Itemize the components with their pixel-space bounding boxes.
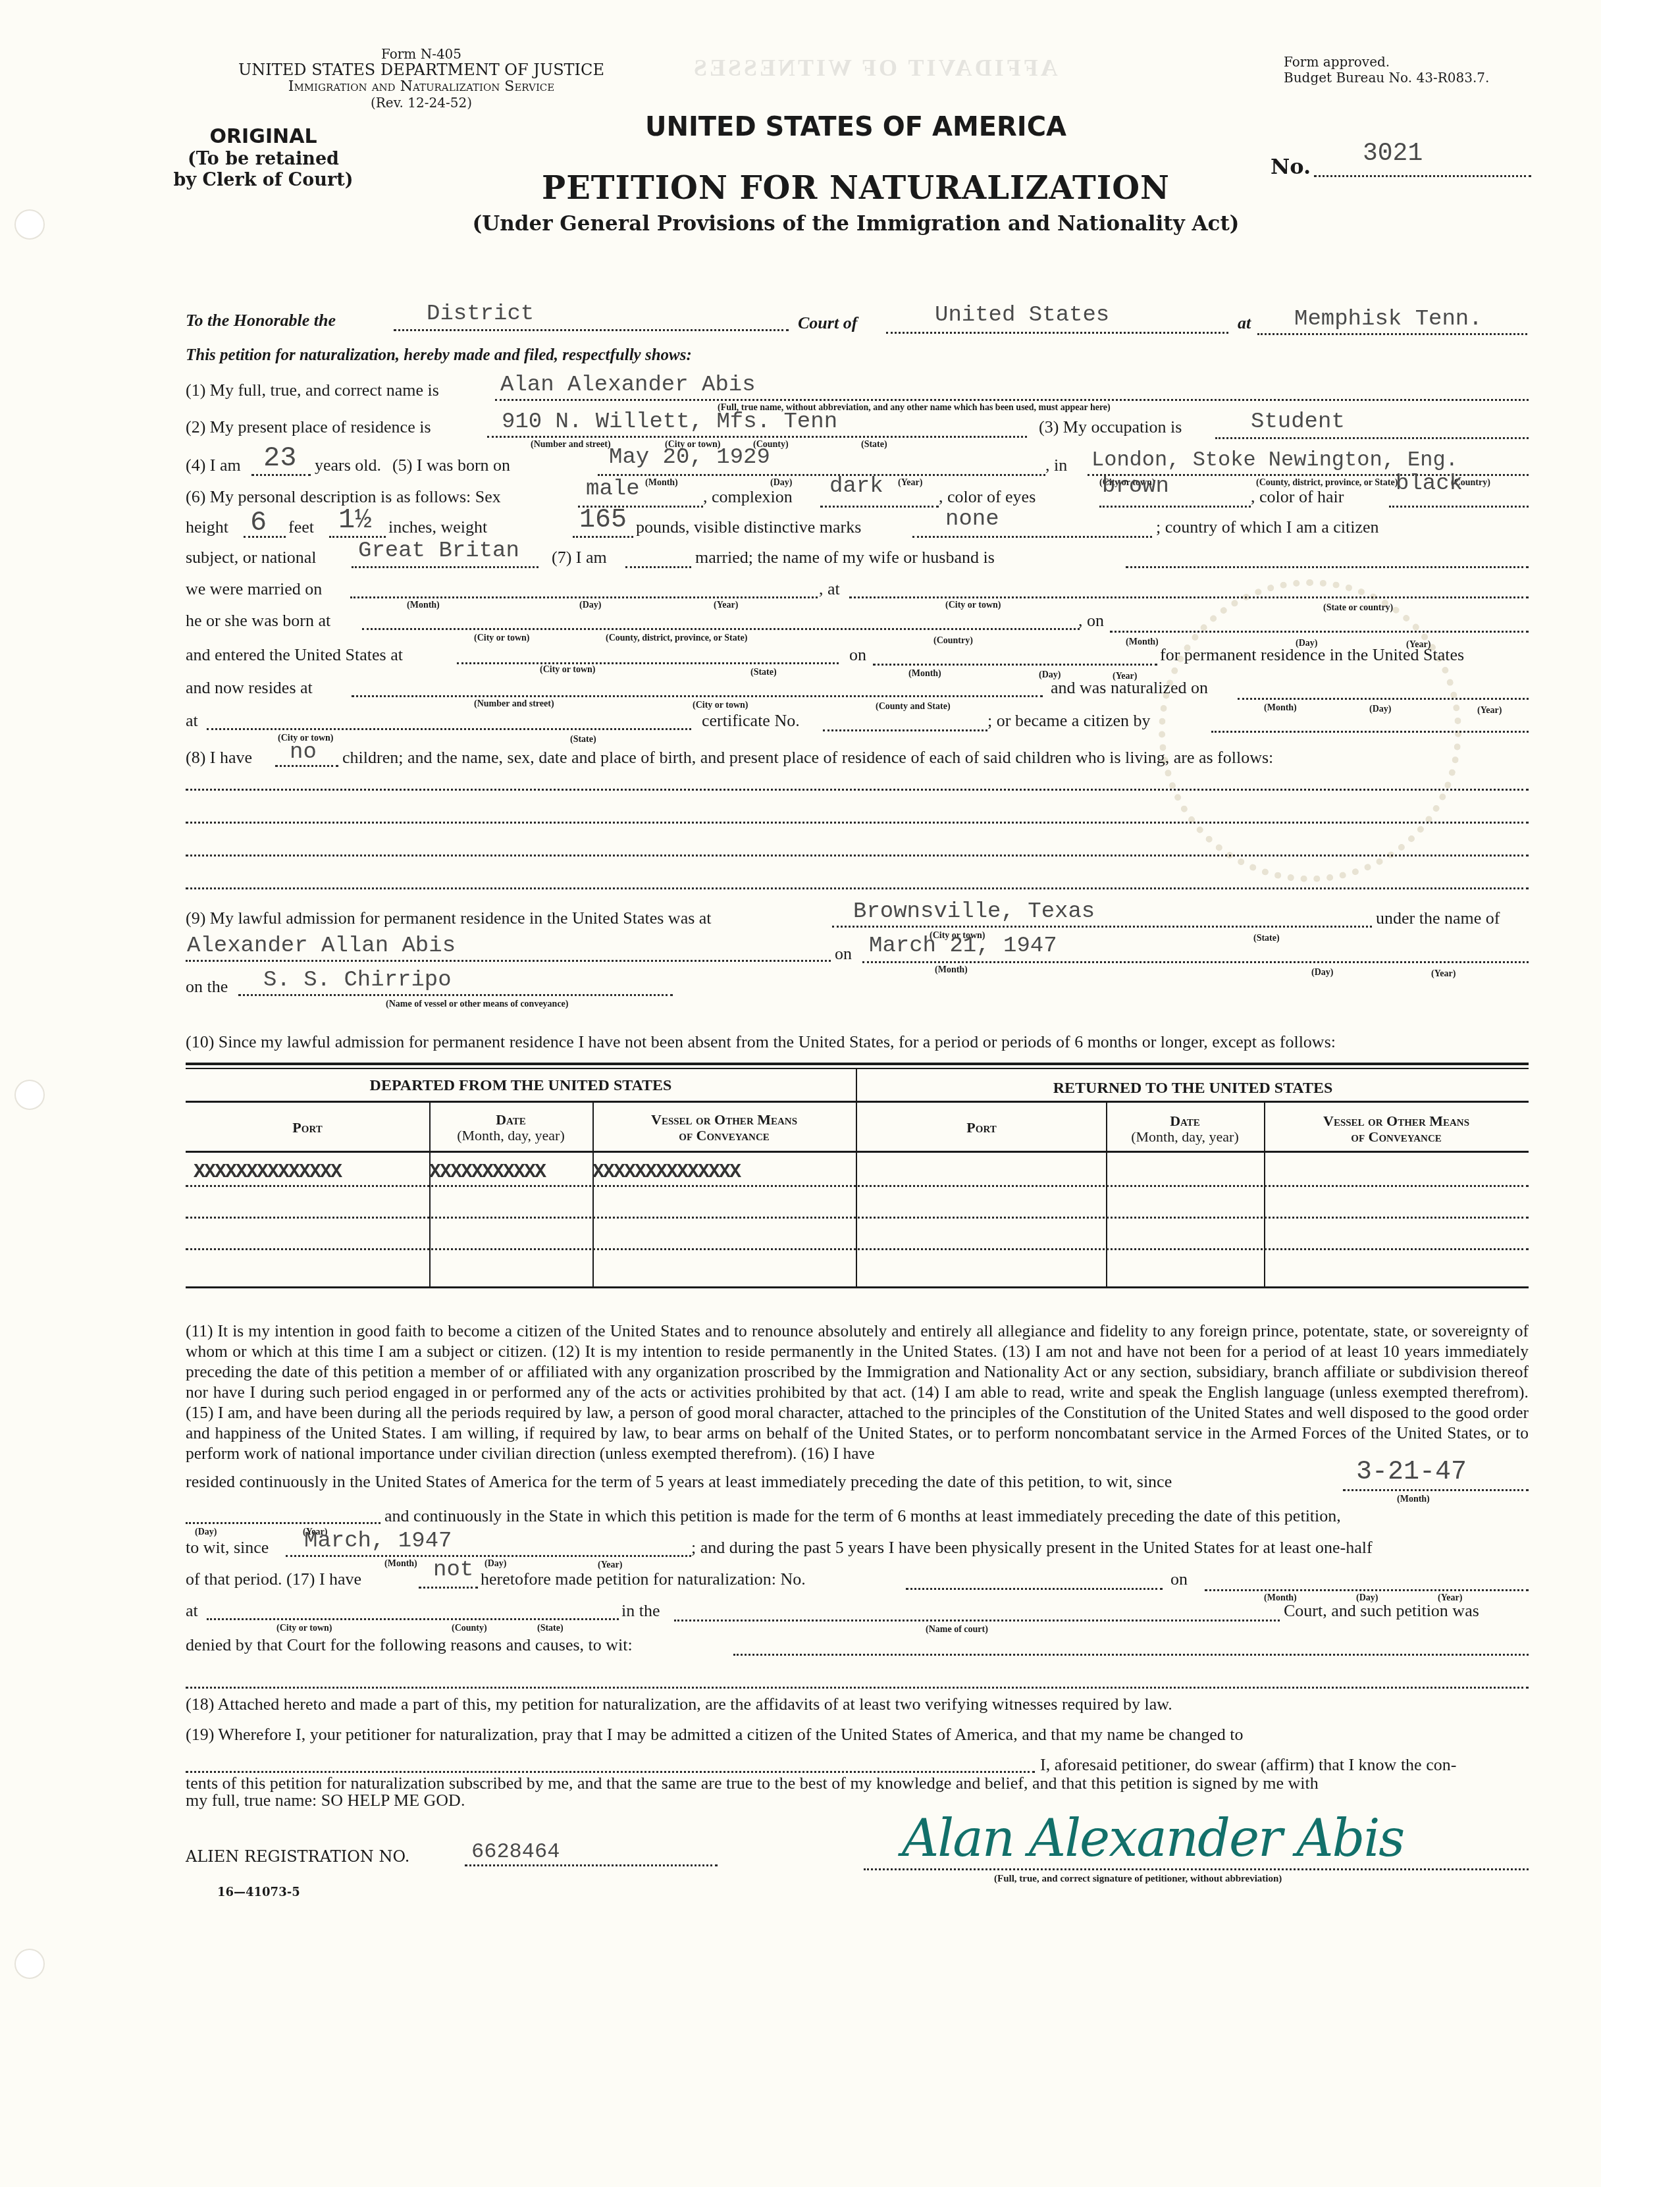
caption: (County) — [452, 1623, 487, 1634]
budget-bureau-number: Budget Bureau No. 43-R083.7. — [1284, 70, 1489, 86]
scan-margin — [1601, 0, 1680, 2187]
court-location-field[interactable]: Memphisk Tenn. — [1294, 307, 1483, 332]
punch-hole-icon — [14, 209, 45, 240]
naturalized-date-line[interactable] — [1238, 698, 1529, 700]
under-name-label: under the name of — [1376, 909, 1500, 928]
petition-number-field[interactable]: 3021 — [1363, 140, 1423, 168]
oath-closing: my full, true name: SO HELP ME GOD. — [186, 1791, 465, 1810]
caption: (County, district, province, or State) — [606, 633, 747, 644]
alien-registration-field[interactable]: 6628464 — [471, 1839, 560, 1864]
court-of-field[interactable]: United States — [935, 303, 1109, 328]
prior-petition-place-line[interactable] — [207, 1618, 619, 1620]
height-inches-field[interactable]: 1½ — [338, 504, 371, 536]
caption: (Month) — [384, 1559, 417, 1569]
birth-place-field[interactable]: London, Stoke Newington, Eng. — [1091, 448, 1458, 472]
petition-number-label: No. — [1271, 154, 1311, 179]
col-vessel: of Conveyance — [592, 1127, 856, 1144]
prior-petition-at-label: at — [186, 1601, 198, 1621]
caption: (Day) — [1369, 704, 1391, 715]
citizen-by-line[interactable] — [1211, 731, 1529, 733]
children-line[interactable] — [186, 887, 1529, 889]
occupation-field[interactable]: Student — [1251, 409, 1345, 435]
vessel-label: on the — [186, 977, 228, 997]
naturalized-on-label: and was naturalized on — [1051, 678, 1208, 698]
denied-reasons-line[interactable] — [186, 1687, 1529, 1689]
copy-label: ORIGINAL — [178, 125, 349, 148]
marks-label: pounds, visible distinctive marks — [636, 517, 861, 537]
table-top-rule — [186, 1068, 1529, 1069]
eye-color-field[interactable]: brown — [1102, 474, 1169, 499]
caption: (Month) — [1126, 637, 1159, 648]
denied-reasons-line[interactable] — [733, 1654, 1529, 1656]
form-revision: (Rev. 12-24-52) — [184, 95, 658, 111]
physical-presence-text: ; and during the past 5 years I have bee… — [691, 1538, 1373, 1558]
children-line[interactable] — [186, 789, 1529, 791]
department-name: UNITED STATES DEPARTMENT OF JUSTICE — [184, 62, 658, 78]
court-at-line — [1257, 333, 1527, 335]
citizen-of-label: ; country of which I am a citizen — [1156, 517, 1379, 537]
court-type-field[interactable]: District — [427, 302, 534, 327]
caption: (City or town) — [276, 1623, 332, 1634]
spouse-label: married; the name of my wife or husband … — [695, 548, 995, 567]
admission-name-field[interactable]: Alexander Allan Abis — [187, 934, 456, 959]
bleed-through-text: AFFIDAVIT OF WITNESSES — [691, 54, 1058, 82]
to-wit-label: to wit, since — [186, 1538, 269, 1558]
eyes-line — [1099, 506, 1251, 508]
spouse-born-on-label: , on — [1078, 611, 1104, 631]
caption: (Month) — [935, 965, 968, 976]
col-date: Date — [1106, 1113, 1264, 1130]
married-at-label: , at — [819, 579, 840, 599]
married-status-line — [625, 566, 691, 568]
caption: (Month) — [908, 669, 941, 679]
married-place-line[interactable] — [849, 596, 1529, 598]
in-the-label: in the — [621, 1601, 660, 1621]
caption: (City or town) — [693, 700, 748, 711]
q10-label: (10) Since my lawful admission for perma… — [186, 1032, 1336, 1052]
citizen-by-label: ; or became a citizen by — [987, 711, 1151, 731]
height-inches-line — [329, 536, 386, 538]
caption: (Month) — [645, 478, 678, 488]
eyes-label: , color of eyes — [939, 487, 1036, 507]
entered-us-label: and entered the United States at — [186, 645, 403, 665]
weight-line — [573, 536, 633, 538]
q5-label: (5) I was born on — [392, 456, 510, 475]
caption: (Day) — [1311, 968, 1333, 978]
q16-line — [1343, 1489, 1529, 1491]
naturalized-at-line[interactable] — [207, 728, 691, 730]
q7-label: (7) I am — [552, 548, 607, 567]
spouse-birthplace-line[interactable] — [362, 628, 1080, 630]
alien-registration-label: ALIEN REGISTRATION NO. — [186, 1847, 409, 1866]
caption: (Year) — [1431, 969, 1456, 980]
col-vessel: Vessel or Other Means — [1264, 1113, 1529, 1130]
caption: (Day) — [579, 600, 601, 611]
col-vessel: Vessel or Other Means — [592, 1111, 856, 1128]
caption: (State) — [861, 440, 887, 450]
caption: (County and State) — [876, 702, 951, 712]
now-resides-line[interactable] — [352, 695, 1043, 697]
copy-note: by Clerk of Court) — [171, 170, 355, 190]
children-line[interactable] — [186, 822, 1529, 824]
q2-label: (2) My present place of residence is — [186, 417, 431, 437]
col-date-format: (Month, day, year) — [429, 1127, 592, 1144]
feet-label: feet — [288, 517, 314, 537]
certificate-label: certificate No. — [702, 711, 800, 731]
q1-label: (1) My full, true, and correct name is — [186, 381, 439, 400]
denied-text: denied by that Court for the following r… — [186, 1635, 633, 1655]
form-number: Form N-405 — [184, 46, 658, 62]
country-heading: UNITED STATES OF AMERICA — [592, 112, 1119, 142]
children-count-field[interactable]: no — [290, 740, 317, 765]
residence-since-field[interactable]: 3-21-47 — [1356, 1458, 1467, 1487]
col-port: Port — [857, 1119, 1106, 1136]
court-petition-text: Court, and such petition was — [1284, 1601, 1479, 1621]
admission-date-field[interactable]: March 21, 1947 — [869, 934, 1057, 959]
distinctive-marks-field[interactable]: none — [945, 507, 999, 532]
naturalization-petition-page: AFFIDAVIT OF WITNESSES Form N-405 UNITED… — [0, 0, 1680, 2187]
q18-text: (18) Attached hereto and made a part of … — [186, 1695, 1172, 1714]
prior-petition-no-line[interactable] — [906, 1588, 1163, 1590]
residence-field[interactable]: 910 N. Willett, Mfs. Tenn — [502, 409, 837, 435]
declarations-paragraph: (11) It is my intention in good faith to… — [186, 1321, 1529, 1463]
spouse-born-label: he or she was born at — [186, 611, 330, 631]
caption: (State) — [1253, 934, 1280, 944]
prior-petition-field[interactable]: not — [433, 1558, 473, 1583]
name-change-line[interactable] — [186, 1771, 1035, 1773]
court-of-label: Court of — [798, 313, 857, 333]
approval-line: Form approved. — [1284, 54, 1489, 70]
q16-text: resided continuously in the United State… — [186, 1472, 1172, 1492]
q17-line — [419, 1587, 478, 1589]
caption: (State) — [537, 1623, 564, 1634]
admission-place-line — [832, 926, 1372, 928]
caption: (Number and street) — [474, 699, 554, 710]
court-at-label: at — [1238, 313, 1251, 333]
q17-label: of that period. (17) I have — [186, 1569, 361, 1589]
children-description: children; and the name, sex, date and pl… — [342, 748, 1273, 768]
prior-court-line[interactable] — [674, 1620, 1280, 1621]
weight-field[interactable]: 165 — [579, 506, 627, 535]
admission-on-label: on — [835, 944, 852, 964]
caption: (Number and street) — [531, 440, 611, 450]
punch-hole-icon — [14, 1080, 45, 1110]
departed-date-cell[interactable]: XXXXXXXXXXX — [429, 1161, 545, 1184]
entered-on-label: on — [849, 645, 866, 665]
birth-date-field[interactable]: May 20, 1929 — [609, 445, 770, 470]
height-label: height — [186, 517, 228, 537]
caption: (Day) — [195, 1527, 217, 1538]
q4-line — [251, 474, 311, 476]
admission-place-field[interactable]: Brownsville, Texas — [853, 899, 1095, 924]
complexion-label: , complexion — [703, 487, 793, 507]
caption: (Month) — [407, 600, 440, 611]
hair-color-field[interactable]: black — [1396, 471, 1463, 496]
caption: (Month) — [1397, 1494, 1430, 1505]
signature-line — [864, 1868, 1529, 1870]
entered-place-line[interactable] — [457, 662, 839, 664]
col-date: Date — [429, 1111, 592, 1128]
row-line — [186, 1248, 1529, 1250]
form-approval: Form approved. Budget Bureau No. 43-R083… — [1284, 54, 1489, 86]
prior-petition-on-label: on — [1170, 1569, 1188, 1589]
sex-field[interactable]: male — [586, 477, 640, 502]
petitioner-signature[interactable]: Alan Alexander Abis — [902, 1809, 1404, 1868]
page-subtitle: (Under General Provisions of the Immigra… — [461, 212, 1251, 236]
departed-port-cell[interactable]: XXXXXXXXXXXXXX — [194, 1161, 341, 1184]
row-line — [186, 1217, 1529, 1219]
caption: (Year) — [1477, 706, 1502, 716]
vessel-line — [238, 994, 673, 996]
nationality-line — [352, 566, 538, 568]
certificate-line[interactable] — [823, 729, 987, 731]
children-line[interactable] — [186, 855, 1529, 856]
spouse-name-line[interactable] — [1126, 566, 1529, 568]
caption: (City or town) — [474, 633, 530, 644]
subject-label: subject, or national — [186, 548, 317, 567]
state-since-field[interactable]: March, 1947 — [304, 1529, 452, 1554]
caption: (Month) — [1264, 703, 1297, 714]
q9-label: (9) My lawful admission for permanent re… — [186, 909, 712, 928]
caption: (State) — [750, 668, 777, 678]
table-top-rule — [186, 1063, 1529, 1065]
table-bottom-rule — [186, 1286, 1529, 1288]
weight-label: inches, weight — [388, 517, 487, 537]
header-rule — [186, 1101, 1529, 1103]
vessel-name-field[interactable]: S. S. Chirripo — [263, 968, 452, 993]
complexion-field[interactable]: dark — [829, 474, 883, 499]
full-name-field[interactable]: Alan Alexander Abis — [500, 373, 756, 398]
caption: (Name of vessel or other means of convey… — [386, 999, 568, 1010]
nationality-field[interactable]: Great Britan — [358, 539, 519, 564]
married-on-label: we were married on — [186, 579, 322, 599]
state-residence-text: and continuously in the State in which t… — [384, 1506, 1341, 1526]
hair-label: , color of hair — [1251, 487, 1344, 507]
print-code: 16—41073-5 — [217, 1885, 300, 1899]
years-old-label: years old. — [315, 456, 381, 475]
punch-hole-icon — [14, 1949, 45, 1979]
caption: (Year) — [898, 478, 922, 488]
q4-label: (4) I am — [186, 456, 241, 475]
height-feet-field[interactable]: 6 — [250, 507, 267, 539]
signature-caption: (Full, true, and correct signature of pe… — [994, 1874, 1282, 1885]
permanent-residence-label: for permanent residence in the United St… — [1160, 645, 1464, 665]
state-since-line — [286, 1555, 691, 1557]
prior-petition-text: heretofore made petition for naturalizat… — [481, 1569, 806, 1589]
caption: (City or town) — [540, 665, 596, 675]
married-date-line[interactable] — [350, 596, 818, 598]
returned-header: RETURNED TO THE UNITED STATES — [857, 1080, 1529, 1097]
petition-intro: This petition for naturalization, hereby… — [186, 346, 692, 365]
spouse-birthdate-line[interactable] — [1110, 631, 1529, 633]
court-type-line — [394, 329, 789, 331]
oath-text: I, aforesaid petitioner, do swear (affir… — [1040, 1755, 1456, 1775]
q3-line — [1215, 437, 1529, 439]
birth-in-label: , in — [1045, 456, 1067, 475]
children-count-line — [275, 765, 338, 767]
complexion-line — [820, 506, 939, 508]
entered-date-line[interactable] — [873, 664, 1157, 666]
hair-line — [1389, 506, 1529, 508]
copy-note: (To be retained — [171, 149, 355, 169]
marks-line — [912, 536, 1152, 538]
row-line — [186, 1185, 1529, 1187]
q1-line — [495, 399, 1529, 401]
caption: (State or country) — [1323, 603, 1393, 614]
q2-line — [487, 436, 1027, 438]
caption: (City or town) — [945, 600, 1001, 611]
q19-text: (19) Wherefore I, your petitioner for na… — [186, 1725, 1529, 1745]
q8-label: (8) I have — [186, 748, 252, 768]
q16-continued-line — [186, 1522, 381, 1524]
alien-registration-line — [465, 1864, 718, 1866]
caption: (State) — [570, 735, 596, 745]
q5-date-line — [598, 474, 1045, 476]
col-vessel: of Conveyance — [1264, 1128, 1529, 1146]
header-bottom-rule — [186, 1151, 1529, 1153]
petition-number-line — [1314, 175, 1531, 177]
admission-name-line — [186, 960, 831, 962]
q3-label: (3) My occupation is — [1039, 417, 1182, 437]
col-date-format: (Month, day, year) — [1106, 1128, 1264, 1146]
caption: (Year) — [714, 600, 738, 611]
age-field[interactable]: 23 — [263, 442, 296, 474]
now-resides-label: and now resides at — [186, 678, 313, 698]
departed-header: DEPARTED FROM THE UNITED STATES — [186, 1077, 856, 1094]
prior-petition-date-line[interactable] — [1205, 1589, 1529, 1591]
departed-vessel-cell[interactable]: XXXXXXXXXXXXXX — [592, 1161, 740, 1184]
caption: (Day) — [485, 1559, 506, 1569]
col-port: Port — [186, 1119, 429, 1136]
court-of-line — [886, 332, 1228, 334]
court-intro: To the Honorable the — [186, 311, 336, 330]
page-title: PETITION FOR NATURALIZATION — [474, 170, 1238, 207]
naturalized-at-label: at — [186, 711, 198, 731]
admission-date-line — [862, 961, 1529, 963]
service-name: Immigration and Naturalization Service — [184, 79, 658, 95]
caption: (Name of court) — [926, 1625, 988, 1635]
caption: (Country) — [933, 636, 973, 646]
